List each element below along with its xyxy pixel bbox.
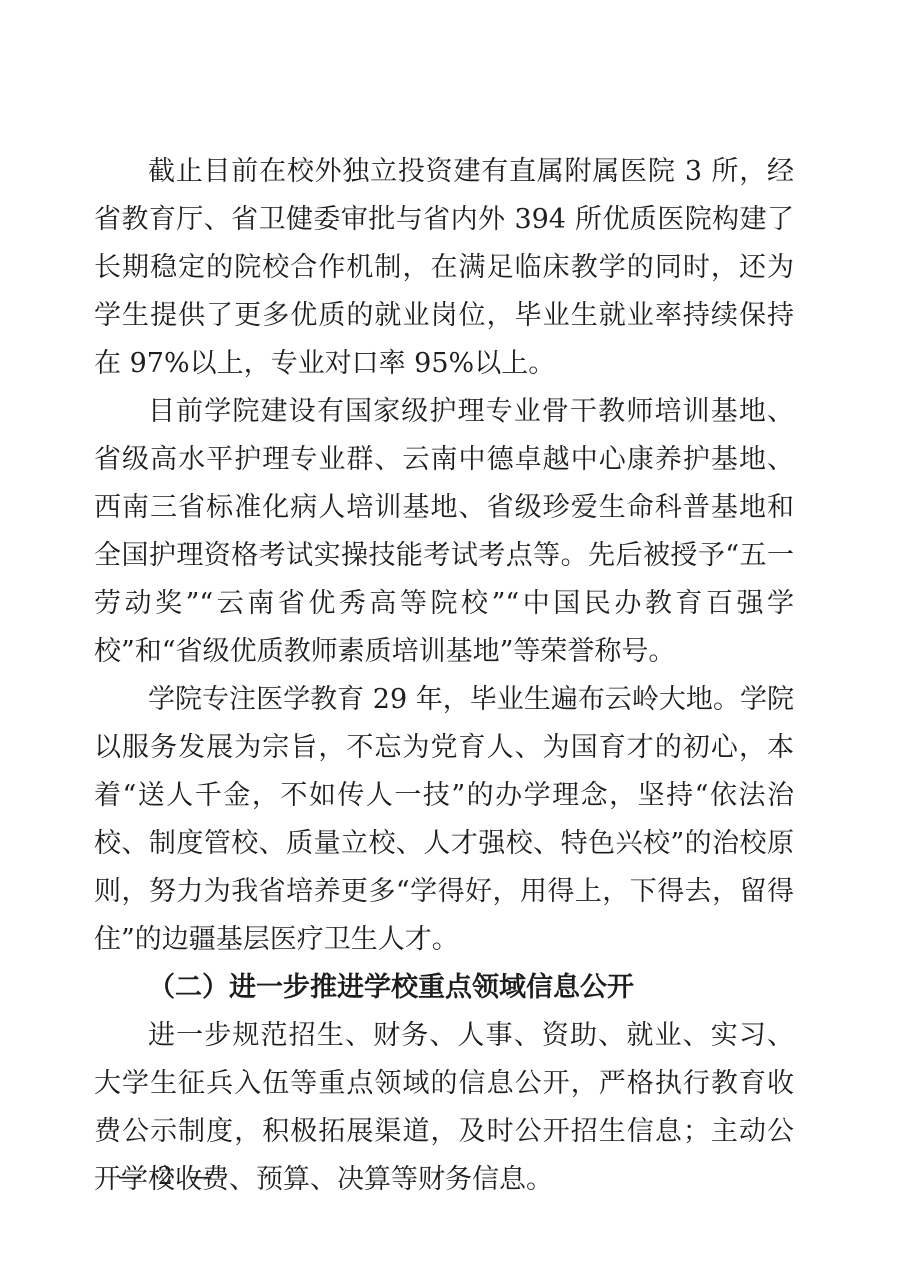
- paragraph-hospitals-employment: 截止目前在校外独立投资建有直属附属医院 3 所，经省教育厅、省卫健委审批与省内外…: [94, 148, 794, 388]
- section-heading-information-disclosure: （二）进一步推进学校重点领域信息公开: [94, 964, 794, 1012]
- document-body: 截止目前在校外独立投资建有直属附属医院 3 所，经省教育厅、省卫健委审批与省内外…: [94, 148, 794, 1204]
- document-page: 截止目前在校外独立投资建有直属附属医院 3 所，经省教育厅、省卫健委审批与省内外…: [0, 0, 904, 1280]
- page-number: — 2 —: [118, 1160, 217, 1192]
- paragraph-medical-education-mission: 学院专注医学教育 29 年，毕业生遍布云岭大地。学院以服务发展为宗旨，不忘为党育…: [94, 676, 794, 964]
- paragraph-training-bases-honors: 目前学院建设有国家级护理专业骨干教师培训基地、省级高水平护理专业群、云南中德卓越…: [94, 388, 794, 676]
